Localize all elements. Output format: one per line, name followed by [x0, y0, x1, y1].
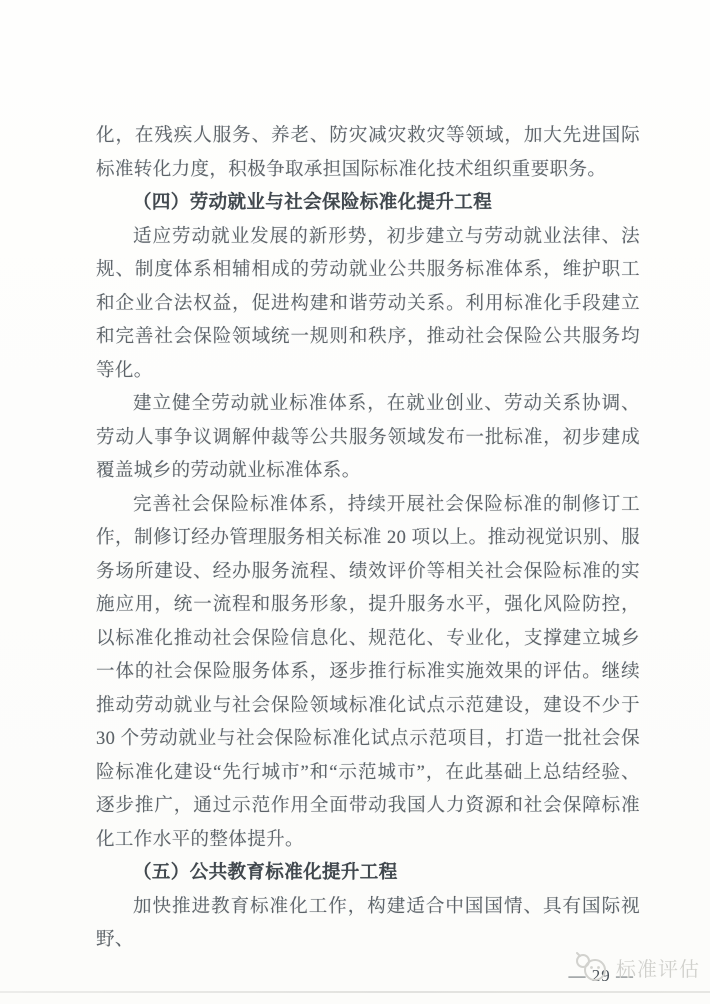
watermark: 标准评估 [575, 952, 700, 982]
paragraph-continuation: 化，在残疾人服务、养老、防灾减灾救灾等领域，加大先进国际标准转化力度，积极争取承… [96, 120, 640, 187]
page-number: — 29 — [96, 958, 640, 993]
paragraph: 加快推进教育标准化工作，构建适合中国国情、具有国际视野、 [96, 891, 640, 958]
paragraph: 建立健全劳动就业标准体系，在就业创业、劳动关系协调、劳动人事争议调解仲裁等公共服… [96, 388, 640, 489]
magnifier-face-icon [575, 952, 611, 982]
section-heading-5: （五）公共教育标准化提升工程 [96, 857, 640, 891]
watermark-label: 标准评估 [616, 953, 700, 982]
bottom-divider [0, 991, 710, 993]
document-body: 化，在残疾人服务、养老、防灾减灾救灾等领域，加大先进国际标准转化力度，积极争取承… [96, 120, 640, 993]
paragraph: 完善社会保险标准体系，持续开展社会保险标准的制修订工作，制修订经办管理服务相关标… [96, 489, 640, 858]
paragraph: 适应劳动就业发展的新形势，初步建立与劳动就业法律、法规、制度体系相辅相成的劳动就… [96, 221, 640, 389]
document-page: 化，在残疾人服务、养老、防灾减灾救灾等领域，加大先进国际标准转化力度，积极争取承… [0, 0, 710, 1004]
section-heading-4: （四）劳动就业与社会保险标准化提升工程 [96, 187, 640, 221]
